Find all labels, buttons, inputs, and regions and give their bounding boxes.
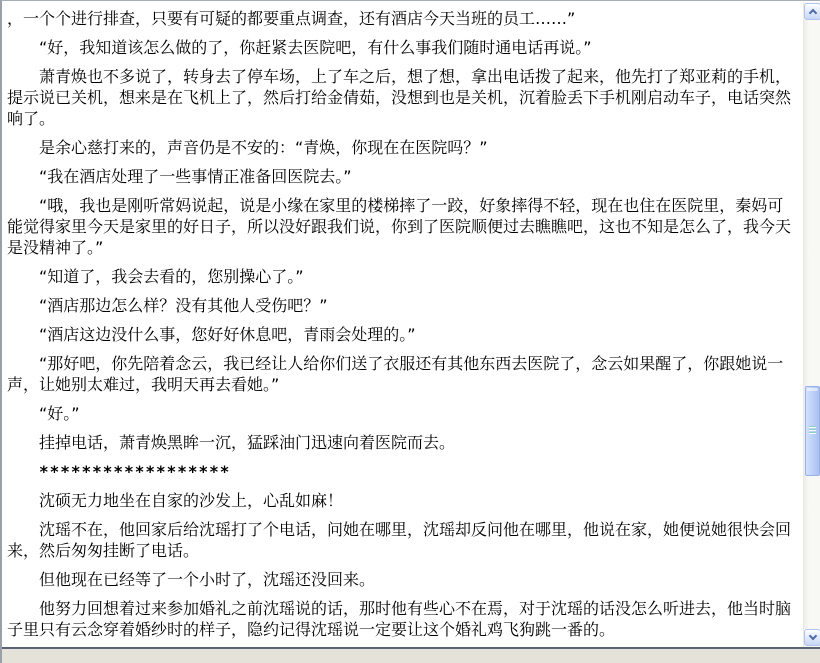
- paragraph: 沈瑶不在，他回家后给沈瑶打了个电话，问她在哪里，沈瑶却反问他在哪里，他说在家，她…: [7, 519, 793, 561]
- page: ，一个个进行排查，只要有可疑的都要重点调查，还有酒店今天当班的员工……” “好，…: [0, 0, 820, 663]
- paragraph: “那好吧，你先陪着念云，我已经让人给你们送了衣服还有其他东西去医院了，念云如果醒…: [7, 353, 793, 395]
- paragraph: 是余心慈打来的，声音仍是不安的：“青焕，你现在在医院吗？”: [7, 137, 793, 158]
- chevron-down-icon: [809, 632, 817, 640]
- paragraph: “知道了，我会去看的，您别操心了。”: [7, 266, 793, 287]
- window-bottom-edge: [2, 647, 820, 663]
- scroll-up-button[interactable]: [804, 3, 820, 20]
- paragraph: 挂掉电话，萧青焕黑眸一沉，猛踩油门迅速向着医院而去。: [7, 432, 793, 453]
- vertical-scrollbar: [803, 2, 820, 647]
- paragraph: ，一个个进行排查，只要有可疑的都要重点调查，还有酒店今天当班的员工……”: [7, 8, 793, 29]
- scrollbar-thumb[interactable]: [805, 386, 820, 476]
- paragraph: “酒店那边怎么样？没有其他人受伤吧？”: [7, 295, 793, 316]
- thumb-grip-icon: [809, 426, 816, 435]
- text-content: ，一个个进行排查，只要有可疑的都要重点调查，还有酒店今天当班的员工……” “好，…: [2, 1, 798, 647]
- scrollbar-track[interactable]: [804, 20, 820, 629]
- scroll-down-button[interactable]: [804, 629, 820, 646]
- section-separator: ******************: [7, 461, 793, 482]
- paragraph: 他努力回想着过来参加婚礼之前沈瑶说的话，那时他有些心不在焉，对于沈瑶的话没怎么听…: [7, 598, 793, 640]
- paragraph: “酒店这边没什么事，您好好休息吧，青雨会处理的。”: [7, 324, 793, 345]
- paragraph: “好。”: [7, 403, 793, 424]
- paragraph: 萧青焕也不多说了，转身去了停车场，上了车之后，想了想，拿出电话拨了起来，他先打了…: [7, 66, 793, 129]
- chevron-up-icon: [809, 9, 817, 17]
- paragraph: “我在酒店处理了一些事情正准备回医院去。”: [7, 166, 793, 187]
- paragraph: “好，我知道该怎么做的了，你赶紧去医院吧，有什么事我们随时通电话再说。”: [7, 37, 793, 58]
- paragraph: 但他现在已经等了一个小时了，沈瑶还没回来。: [7, 569, 793, 590]
- paragraph: 沈硕无力地坐在自家的沙发上，心乱如麻！: [7, 490, 793, 511]
- paragraph: “哦，我也是刚听常妈说起，说是小缘在家里的楼梯摔了一跤，好象摔得不轻，现在也住在…: [7, 195, 793, 258]
